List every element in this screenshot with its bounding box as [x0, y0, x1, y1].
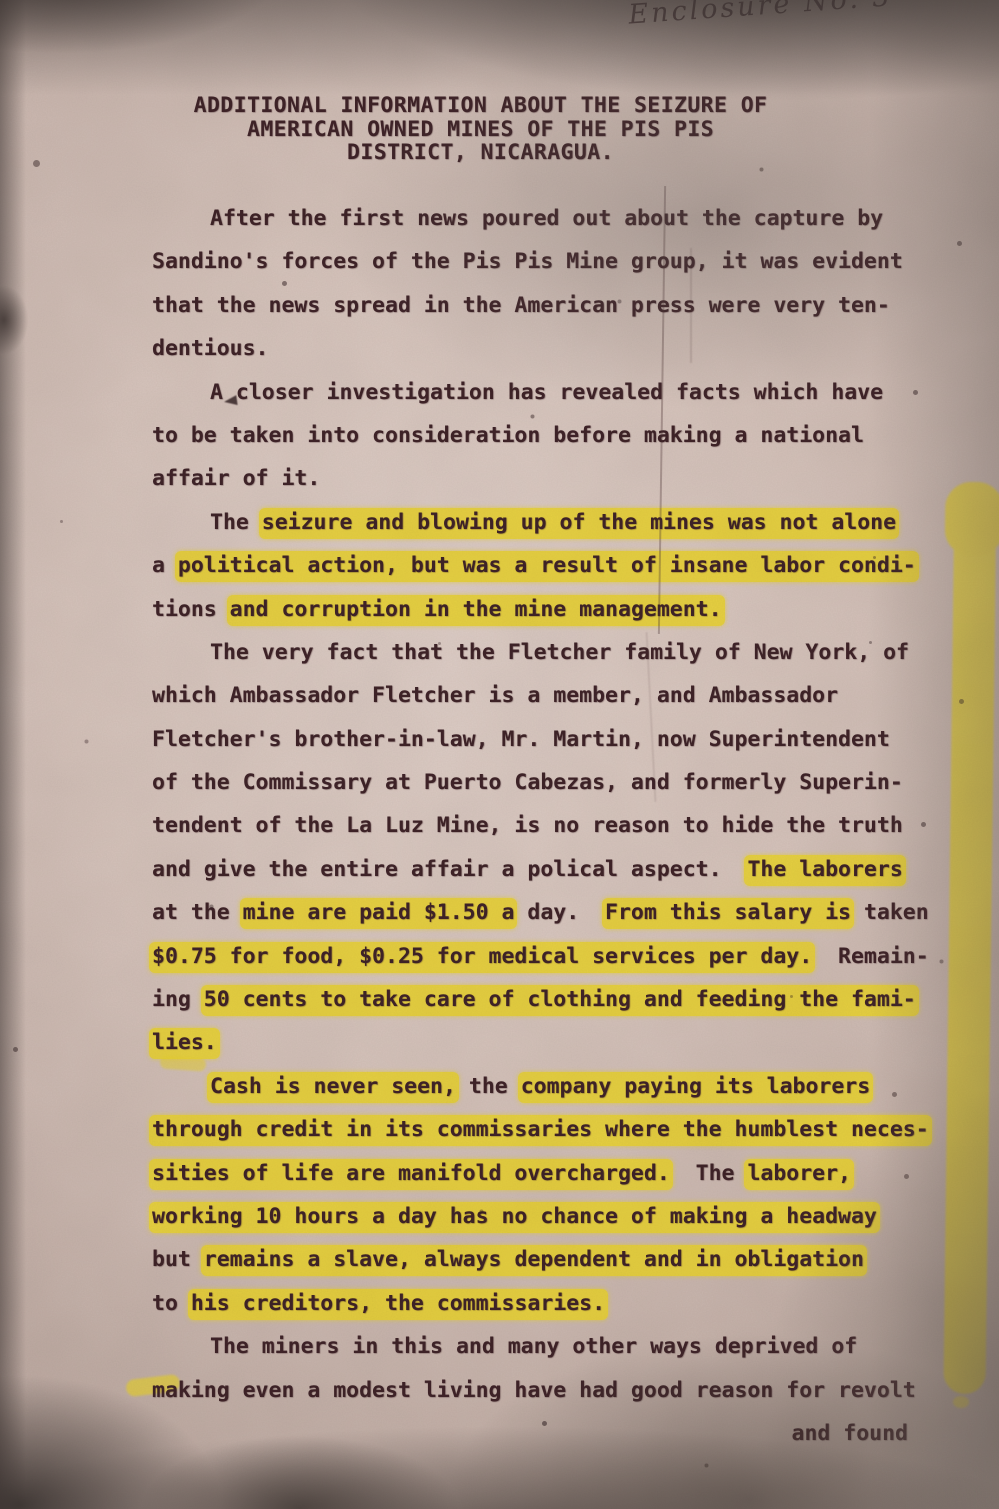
typed-line: working 10 hours a day has no chance of … — [152, 1195, 948, 1238]
pencil-mark — [223, 395, 237, 407]
typed-line: at the mine are paid $1.50 a day. From t… — [152, 891, 948, 934]
typed-line: a political action, but was a result of … — [152, 544, 948, 587]
typed-text: and give the entire affair a polical asp… — [152, 857, 747, 882]
typed-line: that the news spread in the American pre… — [152, 284, 948, 327]
highlighted-text: $0.75 for food, $0.25 for medical servic… — [149, 942, 815, 973]
typed-text: at the — [152, 900, 243, 925]
typed-text: a — [152, 553, 178, 578]
title-line: AMERICAN OWNED MINES OF THE PIS PIS — [0, 118, 961, 142]
typed-text: tendent of the La Luz Mine, is no reason… — [152, 813, 903, 838]
highlighted-text: Cash is never seen, — [207, 1072, 459, 1103]
typed-text: A closer investigation has revealed fact… — [210, 380, 883, 405]
typed-text: tions — [152, 597, 230, 622]
typed-text: to — [152, 1291, 191, 1316]
typed-text: making even a modest living have had goo… — [152, 1378, 916, 1403]
typed-line: The very fact that the Fletcher family o… — [152, 631, 948, 674]
highlighted-text: laborer, — [744, 1159, 854, 1190]
highlighted-text: From this salary is — [602, 898, 854, 929]
highlighted-text: and corruption in the mine management. — [227, 595, 725, 626]
typed-text: The — [670, 1161, 748, 1186]
highlight-smudge — [953, 1396, 969, 1408]
highlighted-text: The laborers — [744, 855, 905, 886]
typed-line: making even a modest living have had goo… — [152, 1369, 948, 1412]
document-body: After the first news poured out about th… — [152, 197, 948, 1455]
typed-text: to be taken into consideration before ma… — [152, 423, 864, 448]
typed-text: but — [152, 1247, 204, 1272]
typed-line: to his creditors, the commissaries. — [152, 1282, 948, 1325]
typed-text: The very fact that the Fletcher family o… — [210, 640, 909, 665]
typed-line: lies. — [152, 1021, 948, 1064]
typed-line: dentious. — [152, 327, 948, 370]
highlighted-text: sities of life are manifold overcharged. — [149, 1159, 673, 1190]
typed-line: of the Commissary at Puerto Cabezas, and… — [152, 761, 948, 804]
typed-line: through credit in its commissaries where… — [152, 1108, 948, 1151]
typed-line: ing 50 cents to take care of clothing an… — [152, 978, 948, 1021]
typed-text: Sandino's forces of the Pis Pis Mine gro… — [152, 249, 903, 274]
typed-line: affair of it. — [152, 457, 948, 500]
typed-text: of the Commissary at Puerto Cabezas, and… — [152, 770, 903, 795]
typed-text: dentious. — [152, 336, 269, 361]
typed-line: The seizure and blowing up of the mines … — [152, 501, 948, 544]
highlighted-text: 50 cents to take care of clothing and fe… — [201, 985, 919, 1016]
document-title: ADDITIONAL INFORMATION ABOUT THE SEIZURE… — [0, 94, 961, 165]
typed-line: Cash is never seen, the company paying i… — [152, 1065, 948, 1108]
typed-line: sities of life are manifold overcharged.… — [152, 1152, 948, 1195]
typed-line: tendent of the La Luz Mine, is no reason… — [152, 804, 948, 847]
typed-text: and found — [792, 1421, 909, 1446]
typed-line: The miners in this and many other ways d… — [152, 1325, 948, 1368]
typed-line: but remains a slave, always dependent an… — [152, 1238, 948, 1281]
typed-line: A closer investigation has revealed fact… — [152, 371, 948, 414]
typed-text: that the news spread in the American pre… — [152, 293, 890, 318]
typed-text: affair of it. — [152, 466, 320, 491]
typed-line: Fletcher's brother-in-law, Mr. Martin, n… — [152, 718, 948, 761]
typed-line: which Ambassador Fletcher is a member, a… — [152, 674, 948, 717]
ink-specks — [0, 0, 3, 3]
highlighted-text: remains a slave, always dependent and in… — [201, 1245, 867, 1276]
typed-text: taken — [851, 900, 929, 925]
title-line: ADDITIONAL INFORMATION ABOUT THE SEIZURE… — [0, 94, 961, 118]
typed-line: tions and corruption in the mine managem… — [152, 588, 948, 631]
typed-text: which Ambassador Fletcher is a member, a… — [152, 683, 838, 708]
typed-text: The — [210, 510, 262, 535]
typed-text: Fletcher's brother-in-law, Mr. Martin, n… — [152, 727, 890, 752]
typed-text: After the first news poured out about th… — [210, 206, 883, 231]
typed-line: and found — [152, 1412, 948, 1455]
typed-line: After the first news poured out about th… — [152, 197, 948, 240]
typed-text: The miners in this and many other ways d… — [210, 1334, 857, 1359]
highlighted-text: political action, but was a result of in… — [175, 551, 919, 582]
typed-text: day. — [514, 900, 605, 925]
highlighted-text: company paying its laborers — [518, 1072, 874, 1103]
highlighted-text: mine are paid $1.50 a — [240, 898, 518, 929]
typed-line: $0.75 for food, $0.25 for medical servic… — [152, 935, 948, 978]
typed-line: and give the entire affair a polical asp… — [152, 848, 948, 891]
typed-text: ing — [152, 987, 204, 1012]
typed-line: to be taken into consideration before ma… — [152, 414, 948, 457]
typed-text: Remain- — [812, 944, 929, 969]
typed-text: the — [456, 1074, 521, 1099]
highlighted-text: working 10 hours a day has no chance of … — [149, 1202, 880, 1233]
scanned-document-photo: Enclosure No. 3 ADDITIONAL INFORMATION A… — [0, 0, 999, 1509]
highlighted-text: his creditors, the commissaries. — [188, 1289, 608, 1320]
highlighted-text: seizure and blowing up of the mines was … — [259, 508, 899, 539]
title-line: DISTRICT, NICARAGUA. — [0, 141, 961, 165]
margin-highlight-stripe — [943, 486, 996, 1394]
handwritten-annotation: Enclosure No. 3 — [627, 0, 999, 31]
highlighted-text: lies. — [149, 1028, 220, 1059]
highlighted-text: through credit in its commissaries where… — [149, 1115, 932, 1146]
typed-line: Sandino's forces of the Pis Pis Mine gro… — [152, 240, 948, 283]
